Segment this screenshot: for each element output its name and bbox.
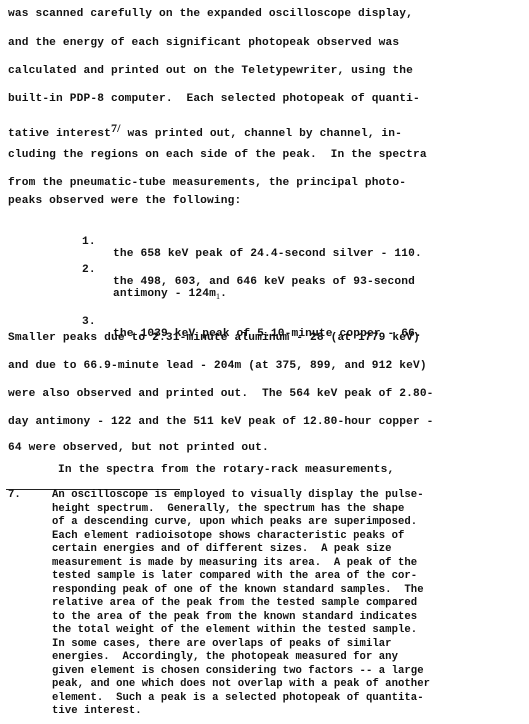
footnote-line: energies. Accordingly, the photopeak mea… xyxy=(52,651,398,663)
body-line: 64 were observed, but not printed out. xyxy=(8,442,269,454)
footnote-line: tested sample is later compared with the… xyxy=(52,570,417,582)
list-item-number: 1. xyxy=(82,236,96,248)
footnote-line: to the area of the peak from the known s… xyxy=(52,611,417,623)
footnote-line: height spectrum. Generally, the spectrum… xyxy=(52,503,404,515)
body-text: was printed out, channel by channel, in- xyxy=(121,128,402,140)
body-line: calculated and printed out on the Telety… xyxy=(8,65,413,77)
body-line: built-in PDP-8 computer. Each selected p… xyxy=(8,93,420,105)
footnote-reference: 7/ xyxy=(111,121,121,135)
list-item-text-main: antimony - 124m xyxy=(113,288,216,300)
list-item-number: 3. xyxy=(82,316,96,328)
footnote-line: tive interest. xyxy=(52,705,142,717)
footnote-line: element. Such a peak is a selected photo… xyxy=(52,692,424,704)
body-line: and due to 66.9-minute lead - 204m (at 3… xyxy=(8,360,427,372)
list-item: 3. the 1039 keV peak of 5.10-minute copp… xyxy=(82,304,522,352)
footnote-line: In some cases, there are overlaps of pea… xyxy=(52,638,392,650)
list-item-number: 2. xyxy=(82,264,96,276)
body-line: Smaller peaks due to 2.31-minute aluminu… xyxy=(8,332,420,344)
footnote-line: relative area of the peak from the teste… xyxy=(52,597,417,609)
footnote-line: given element is chosen considering two … xyxy=(52,665,424,677)
body-line: peaks observed were the following: xyxy=(8,195,241,207)
footnote-line: peak, and one which does not overlap wit… xyxy=(52,678,430,690)
footnote-line: responding peak of one of the known stan… xyxy=(52,584,424,596)
footnote-line: Each element radioisotope shows characte… xyxy=(52,530,404,542)
footnote-line: certain energies and of different sizes.… xyxy=(52,543,392,555)
body-line: and the energy of each significant photo… xyxy=(8,37,399,49)
footnote-line: measurement is made by measuring its are… xyxy=(52,557,417,569)
body-line: were also observed and printed out. The … xyxy=(8,388,434,400)
footnote-line: An oscilloscope is employed to visually … xyxy=(52,489,424,501)
body-line: cluding the regions on each side of the … xyxy=(8,149,427,161)
body-line: was scanned carefully on the expanded os… xyxy=(8,8,413,20)
footnote-line: the total weight of the element within t… xyxy=(52,624,417,636)
body-text: tative interest xyxy=(8,128,111,140)
footnote-marker: 7. xyxy=(8,489,21,501)
body-line-with-footnote-ref: tative interest7/ was printed out, chann… xyxy=(8,121,402,140)
list-item-text: antimony - 124m1. xyxy=(113,288,227,301)
list-item-text-suffix: . xyxy=(220,288,227,300)
body-line: day antimony - 122 and the 511 keV peak … xyxy=(8,416,434,428)
paragraph-start: In the spectra from the rotary-rack meas… xyxy=(58,464,394,476)
body-line: from the pneumatic-tube measurements, th… xyxy=(8,177,406,189)
footnote-line: of a descending curve, upon which peaks … xyxy=(52,516,417,528)
document-page: was scanned carefully on the expanded os… xyxy=(0,0,529,724)
